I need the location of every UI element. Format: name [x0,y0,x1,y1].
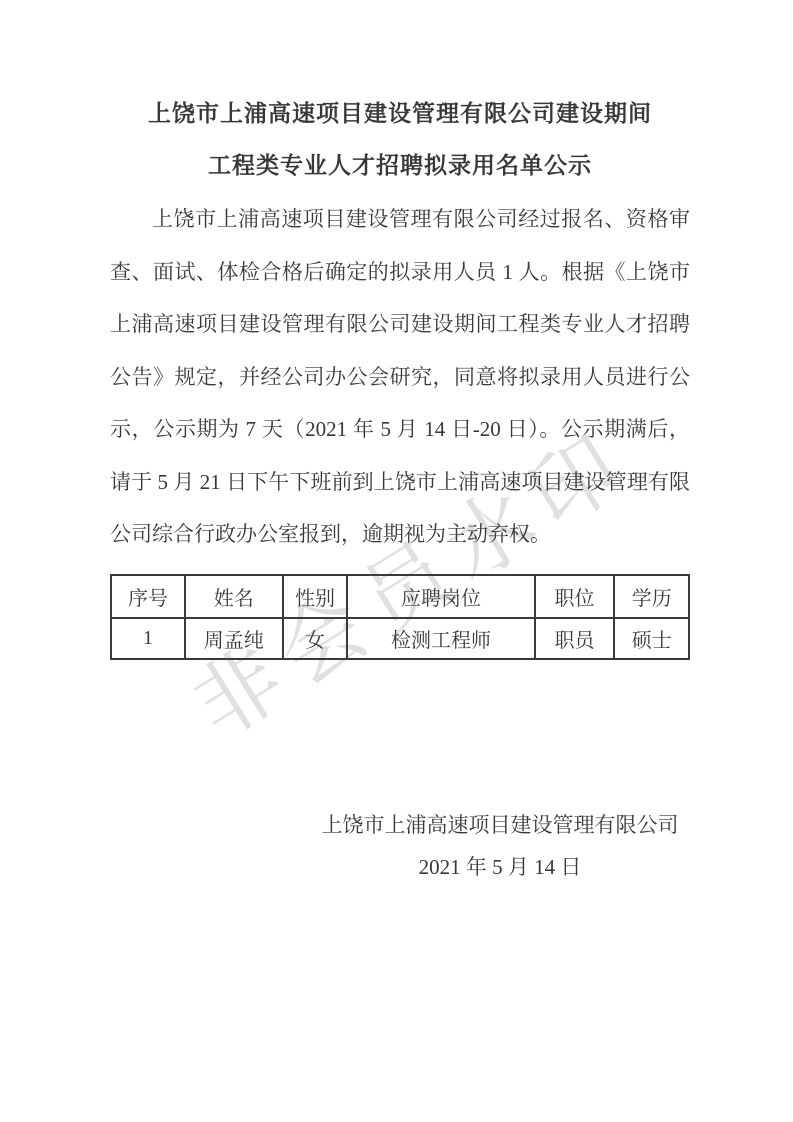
cell-index: 1 [111,618,185,659]
body-paragraph: 上饶市上浦高速项目建设管理有限公司经过报名、资格审查、面试、体检合格后确定的拟录… [110,193,690,561]
document-title: 上饶市上浦高速项目建设管理有限公司建设期间 工程类专业人才招聘拟录用名单公示 [110,88,690,192]
signature-date: 2021 年 5 月 14 日 [308,846,692,888]
cell-name: 周孟纯 [185,618,283,659]
header-gender: 性别 [283,575,348,618]
document-title-line2: 工程类专业人才招聘拟录用名单公示 [110,140,690,192]
document-title-line1: 上饶市上浦高速项目建设管理有限公司建设期间 [110,88,690,140]
recruitment-table: 序号 姓名 性别 应聘岗位 职位 学历 1 周孟纯 女 检测工程师 职员 硕士 [110,574,690,660]
cell-gender: 女 [283,618,348,659]
document-page: 非会员水印 上饶市上浦高速项目建设管理有限公司建设期间 工程类专业人才招聘拟录用… [0,0,793,1122]
table-header-row: 序号 姓名 性别 应聘岗位 职位 学历 [111,575,689,618]
header-position: 应聘岗位 [347,575,534,618]
cell-degree: 硕士 [614,618,689,659]
header-index: 序号 [111,575,185,618]
cell-position: 检测工程师 [347,618,534,659]
signature-company: 上饶市上浦高速项目建设管理有限公司 [308,804,692,846]
table-row: 1 周孟纯 女 检测工程师 职员 硕士 [111,618,689,659]
header-degree: 学历 [614,575,689,618]
document-content: 上饶市上浦高速项目建设管理有限公司建设期间 工程类专业人才招聘拟录用名单公示 上… [110,0,690,660]
header-name: 姓名 [185,575,283,618]
signature-block: 上饶市上浦高速项目建设管理有限公司 2021 年 5 月 14 日 [308,804,692,888]
header-rank: 职位 [535,575,615,618]
cell-rank: 职员 [535,618,615,659]
